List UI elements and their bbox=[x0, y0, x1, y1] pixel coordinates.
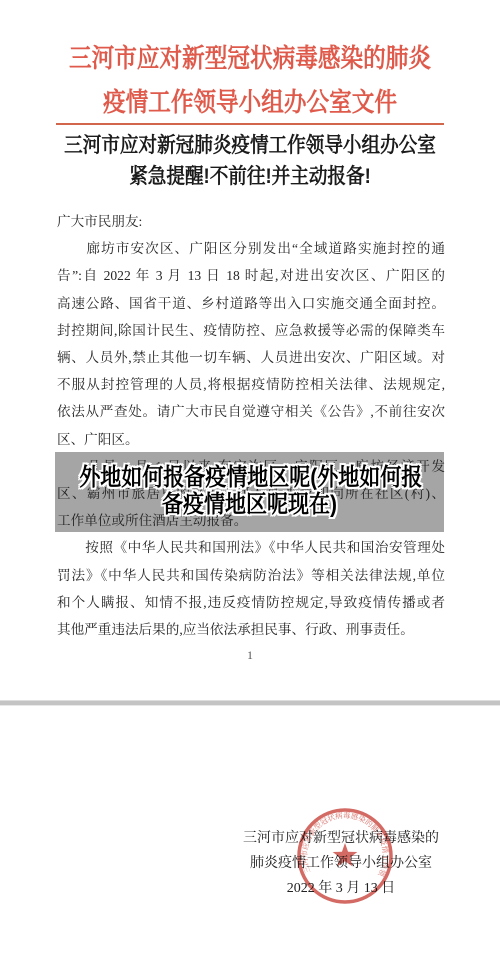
body-line: 告”:自 2022 年 3 月 13 日 18 时起,对进出安次区、广阳区的 bbox=[57, 262, 445, 289]
body-line: 封控期间,除国计民生、疫情防控、应急救援等必需的保障类车 bbox=[57, 317, 445, 344]
document-page: 三河市应对新型冠状病毒感染的肺炎疫情工作领导小组办公室文件 三河市应对新冠肺炎疫… bbox=[0, 0, 500, 972]
body-line: 罚法》《中华人民共和国传染病防治法》等相关法律法规,单位 bbox=[57, 562, 445, 589]
body-line: 辆、人员外,禁止其他一切车辆、人员进出安次、广阳区域。对 bbox=[57, 344, 445, 371]
letterhead-title-line: 疫情工作领导小组办公室文件 bbox=[33, 80, 468, 124]
paragraph-legal: 按照《中华人民共和国刑法》《中华人民共和国治安管理处罚法》《中华人民共和国传染病… bbox=[57, 534, 445, 643]
urgent-banner-line: 三河市应对新冠肺炎疫情工作领导小组办公室 bbox=[29, 130, 472, 161]
seo-caption-line: 备疫情地区呢现在) bbox=[79, 491, 419, 518]
seo-caption-overlay: 外地如何报备疫情地区呢(外地如何报备疫情地区呢现在) bbox=[55, 452, 444, 532]
salutation: 广大市民朋友: bbox=[57, 208, 445, 235]
paragraph-lockdown: 廊坊市安次区、广阳区分别发出“全域道路实施封控的通告”:自 2022 年 3 月… bbox=[57, 235, 445, 453]
body-line: 和个人瞒报、知情不报,违反疫情防控规定,导致疫情传播或者 bbox=[57, 589, 445, 616]
letterhead-title: 三河市应对新型冠状病毒感染的肺炎疫情工作领导小组办公室文件 bbox=[0, 36, 500, 124]
body-line: 依法从严查处。请广大市民自觉遵守相关《公告》,不前往安次 bbox=[57, 398, 445, 425]
letterhead-divider bbox=[56, 123, 444, 125]
document-body: 广大市民朋友: 廊坊市安次区、广阳区分别发出“全域道路实施封控的通告”:自 20… bbox=[57, 208, 445, 643]
letterhead-title-line: 三河市应对新型冠状病毒感染的肺炎 bbox=[33, 36, 468, 80]
body-line: 高速公路、国省干道、乡村道路等出入口实施交通全面封控。 bbox=[57, 290, 445, 317]
seo-caption-line: 外地如何报备疫情地区呢(外地如何报 bbox=[79, 464, 419, 491]
star-icon bbox=[333, 843, 358, 867]
body-line: 廊坊市安次区、广阳区分别发出“全域道路实施封控的通 bbox=[57, 235, 445, 262]
page-divider bbox=[0, 700, 500, 706]
official-stamp: 三河市应对新型冠状病毒感染的肺炎疫情工作领导小组办公室 bbox=[287, 798, 403, 914]
body-line: 区、广阳区。 bbox=[57, 426, 445, 453]
page-number: 1 bbox=[0, 648, 500, 663]
urgent-banner-line: 紧急提醒!不前往!并主动报备! bbox=[29, 161, 472, 192]
body-line: 按照《中华人民共和国刑法》《中华人民共和国治安管理处 bbox=[57, 534, 445, 561]
body-line: 不服从封控管理的人员,将根据疫情防控相关法律、法规规定, bbox=[57, 371, 445, 398]
urgent-banner: 三河市应对新冠肺炎疫情工作领导小组办公室紧急提醒!不前往!并主动报备! bbox=[0, 130, 500, 192]
body-line: 其他严重违法后果的,应当依法承担民事、行政、刑事责任。 bbox=[57, 616, 445, 643]
